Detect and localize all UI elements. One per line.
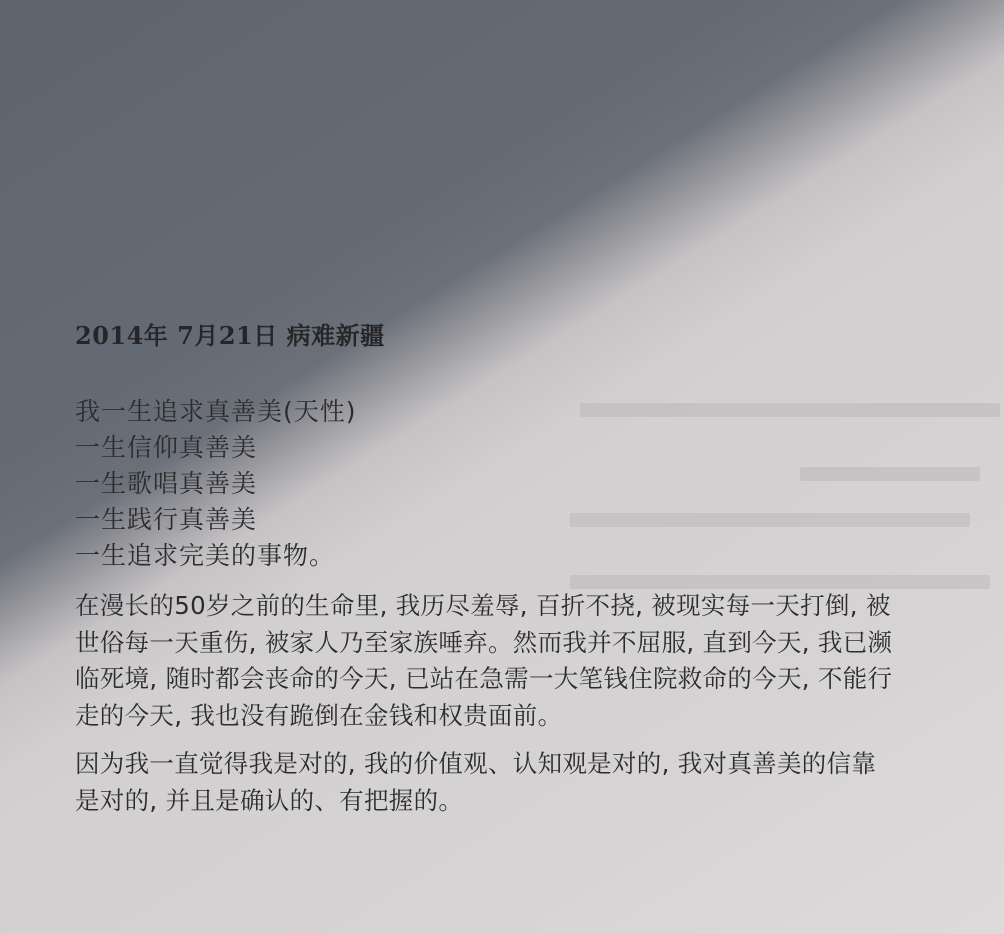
paragraph-1: 在漫长的50岁之前的生命里, 我历尽羞辱, 百折不挠, 被现实每一天打倒, 被 …	[75, 588, 965, 734]
entry-heading: 2014年 7月21日 病难新疆	[75, 318, 965, 354]
poem-line: 我一生追求真善美(天性)	[75, 394, 965, 430]
poem-line: 一生践行真善美	[75, 502, 965, 538]
document-body: 2014年 7月21日 病难新疆 我一生追求真善美(天性) 一生信仰真善美 一生…	[75, 318, 965, 831]
paragraph-line: 是对的, 并且是确认的、有把握的。	[75, 783, 965, 820]
poem-block: 我一生追求真善美(天性) 一生信仰真善美 一生歌唱真善美 一生践行真善美 一生追…	[75, 394, 965, 574]
paragraph-line: 在漫长的50岁之前的生命里, 我历尽羞辱, 百折不挠, 被现实每一天打倒, 被	[75, 588, 965, 625]
paragraph-line: 因为我一直觉得我是对的, 我的价值观、认知观是对的, 我对真善美的信靠	[75, 746, 965, 783]
paragraph-line: 世俗每一天重伤, 被家人乃至家族唾弃。然而我并不屈服, 直到今天, 我已濒	[75, 625, 965, 662]
poem-line: 一生歌唱真善美	[75, 466, 965, 502]
poem-line: 一生信仰真善美	[75, 430, 965, 466]
paragraph-line: 走的今天, 我也没有跪倒在金钱和权贵面前。	[75, 698, 965, 735]
poem-line: 一生追求完美的事物。	[75, 538, 965, 574]
paragraph-line: 临死境, 随时都会丧命的今天, 已站在急需一大笔钱住院救命的今天, 不能行	[75, 661, 965, 698]
paragraph-2: 因为我一直觉得我是对的, 我的价值观、认知观是对的, 我对真善美的信靠 是对的,…	[75, 746, 965, 819]
